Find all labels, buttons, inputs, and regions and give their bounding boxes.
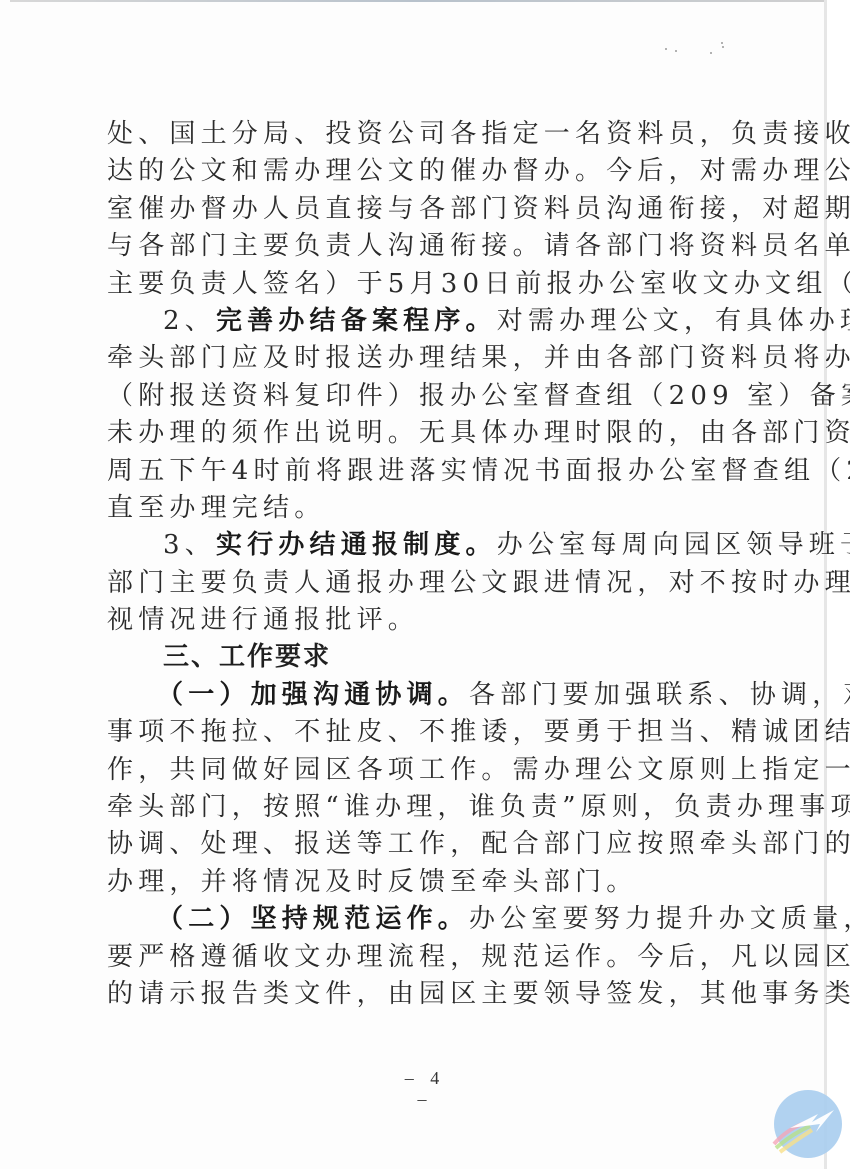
- text-line: 部门主要负责人通报办理公文跟进情况，对不按时办理的部门将: [107, 565, 741, 602]
- paragraph-subsection-1: （一）加强沟通协调。各部门要加强联系、协调，对承办的 事项不拖拉、不扯皮、不推诿…: [107, 677, 741, 901]
- text-line: （二）坚持规范运作。办公室要努力提升办文质量，各部门: [107, 901, 741, 938]
- paragraph-item-2: 2、完善办结备案程序。对需办理公文，有具体办理时限的， 牵头部门应及时报送办理结…: [107, 303, 741, 527]
- subsection-text: 各部门要加强联系、协调，对承办的: [469, 680, 850, 710]
- text-line: 作，共同做好园区各项工作。需办理公文原则上指定一个部门为: [107, 752, 741, 789]
- text-line: （附报送资料复印件）报办公室督查组（209 室）备案。对逾期: [107, 378, 741, 415]
- text-line: 与各部门主要负责人沟通衔接。请各部门将资料员名单（需部门: [107, 228, 741, 265]
- text-line: 3、实行办结通报制度。办公室每周向园区领导班子成员和各: [107, 527, 741, 564]
- item-title: 实行办结通报制度。: [216, 530, 497, 560]
- text-line: 处、国土分局、投资公司各指定一名资料员，负责接收办公室下: [107, 116, 741, 153]
- text-line: 的请示报告类文件，由园区主要领导签发，其他事务类和反馈意: [107, 976, 741, 1013]
- paragraph-item-3: 3、实行办结通报制度。办公室每周向园区领导班子成员和各 部门主要负责人通报办理公…: [107, 527, 741, 639]
- section-heading: 三、工作要求: [107, 639, 741, 676]
- text-line: 达的公文和需办理公文的催办督办。今后，对需办理公文，办公: [107, 153, 741, 190]
- text-line: 牵头部门应及时报送办理结果，并由各部门资料员将办结情况: [107, 340, 741, 377]
- text-line: 要严格遵循收文办理流程，规范运作。今后，凡以园区名义上报: [107, 939, 741, 976]
- text-line: （一）加强沟通协调。各部门要加强联系、协调，对承办的: [107, 677, 741, 714]
- text-line: 视情况进行通报批评。: [107, 602, 741, 639]
- text-line: 办理，并将情况及时反馈至牵头部门。: [107, 864, 741, 901]
- page-number: – 4 –: [395, 1068, 455, 1110]
- item-number: 2、: [163, 306, 216, 336]
- text-line: 2、完善办结备案程序。对需办理公文，有具体办理时限的，: [107, 303, 741, 340]
- subsection-text: 办公室要努力提升办文质量，各部门: [469, 904, 850, 934]
- subsection-number: （二）: [157, 904, 251, 934]
- page-top-edge: [10, 0, 825, 2]
- subsection-title: 加强沟通协调。: [251, 680, 469, 710]
- paragraph-subsection-2: （二）坚持规范运作。办公室要努力提升办文质量，各部门 要严格遵循收文办理流程，规…: [107, 901, 741, 1013]
- item-number: 3、: [163, 530, 216, 560]
- text-line: 周五下午4时前将跟进落实情况书面报办公室督查组（209室），: [107, 453, 741, 490]
- text-line: 未办理的须作出说明。无具体办理时限的，由各部门资料员于每: [107, 415, 741, 452]
- lightning-logo-icon: [768, 1088, 842, 1162]
- item-text: 对需办理公文，有具体办理时限的，: [497, 306, 850, 336]
- text-line: 协调、处理、报送等工作，配合部门应按照牵头部门的安排按时: [107, 826, 741, 863]
- item-text: 办公室每周向园区领导班子成员和各: [497, 530, 850, 560]
- text-line: 室催办督办人员直接与各部门资料员沟通衔接，对超期未办理的: [107, 191, 741, 228]
- text-line: 主要负责人签名）于5月30日前报办公室收文办文组（209室）。: [107, 266, 741, 303]
- document-body: 处、国土分局、投资公司各指定一名资料员，负责接收办公室下 达的公文和需办理公文的…: [107, 116, 741, 1013]
- item-title: 完善办结备案程序。: [216, 306, 497, 336]
- subsection-number: （一）: [157, 680, 251, 710]
- text-line: 牵头部门，按照“谁办理，谁负责”原则，负责办理事项的组织、: [107, 789, 741, 826]
- scan-noise: [665, 40, 725, 60]
- subsection-title: 坚持规范运作。: [251, 904, 469, 934]
- paragraph-continuation: 处、国土分局、投资公司各指定一名资料员，负责接收办公室下 达的公文和需办理公文的…: [107, 116, 741, 303]
- text-line: 事项不拖拉、不扯皮、不推诿，要勇于担当、精诚团结、通力协: [107, 714, 741, 751]
- text-line: 直至办理完结。: [107, 490, 741, 527]
